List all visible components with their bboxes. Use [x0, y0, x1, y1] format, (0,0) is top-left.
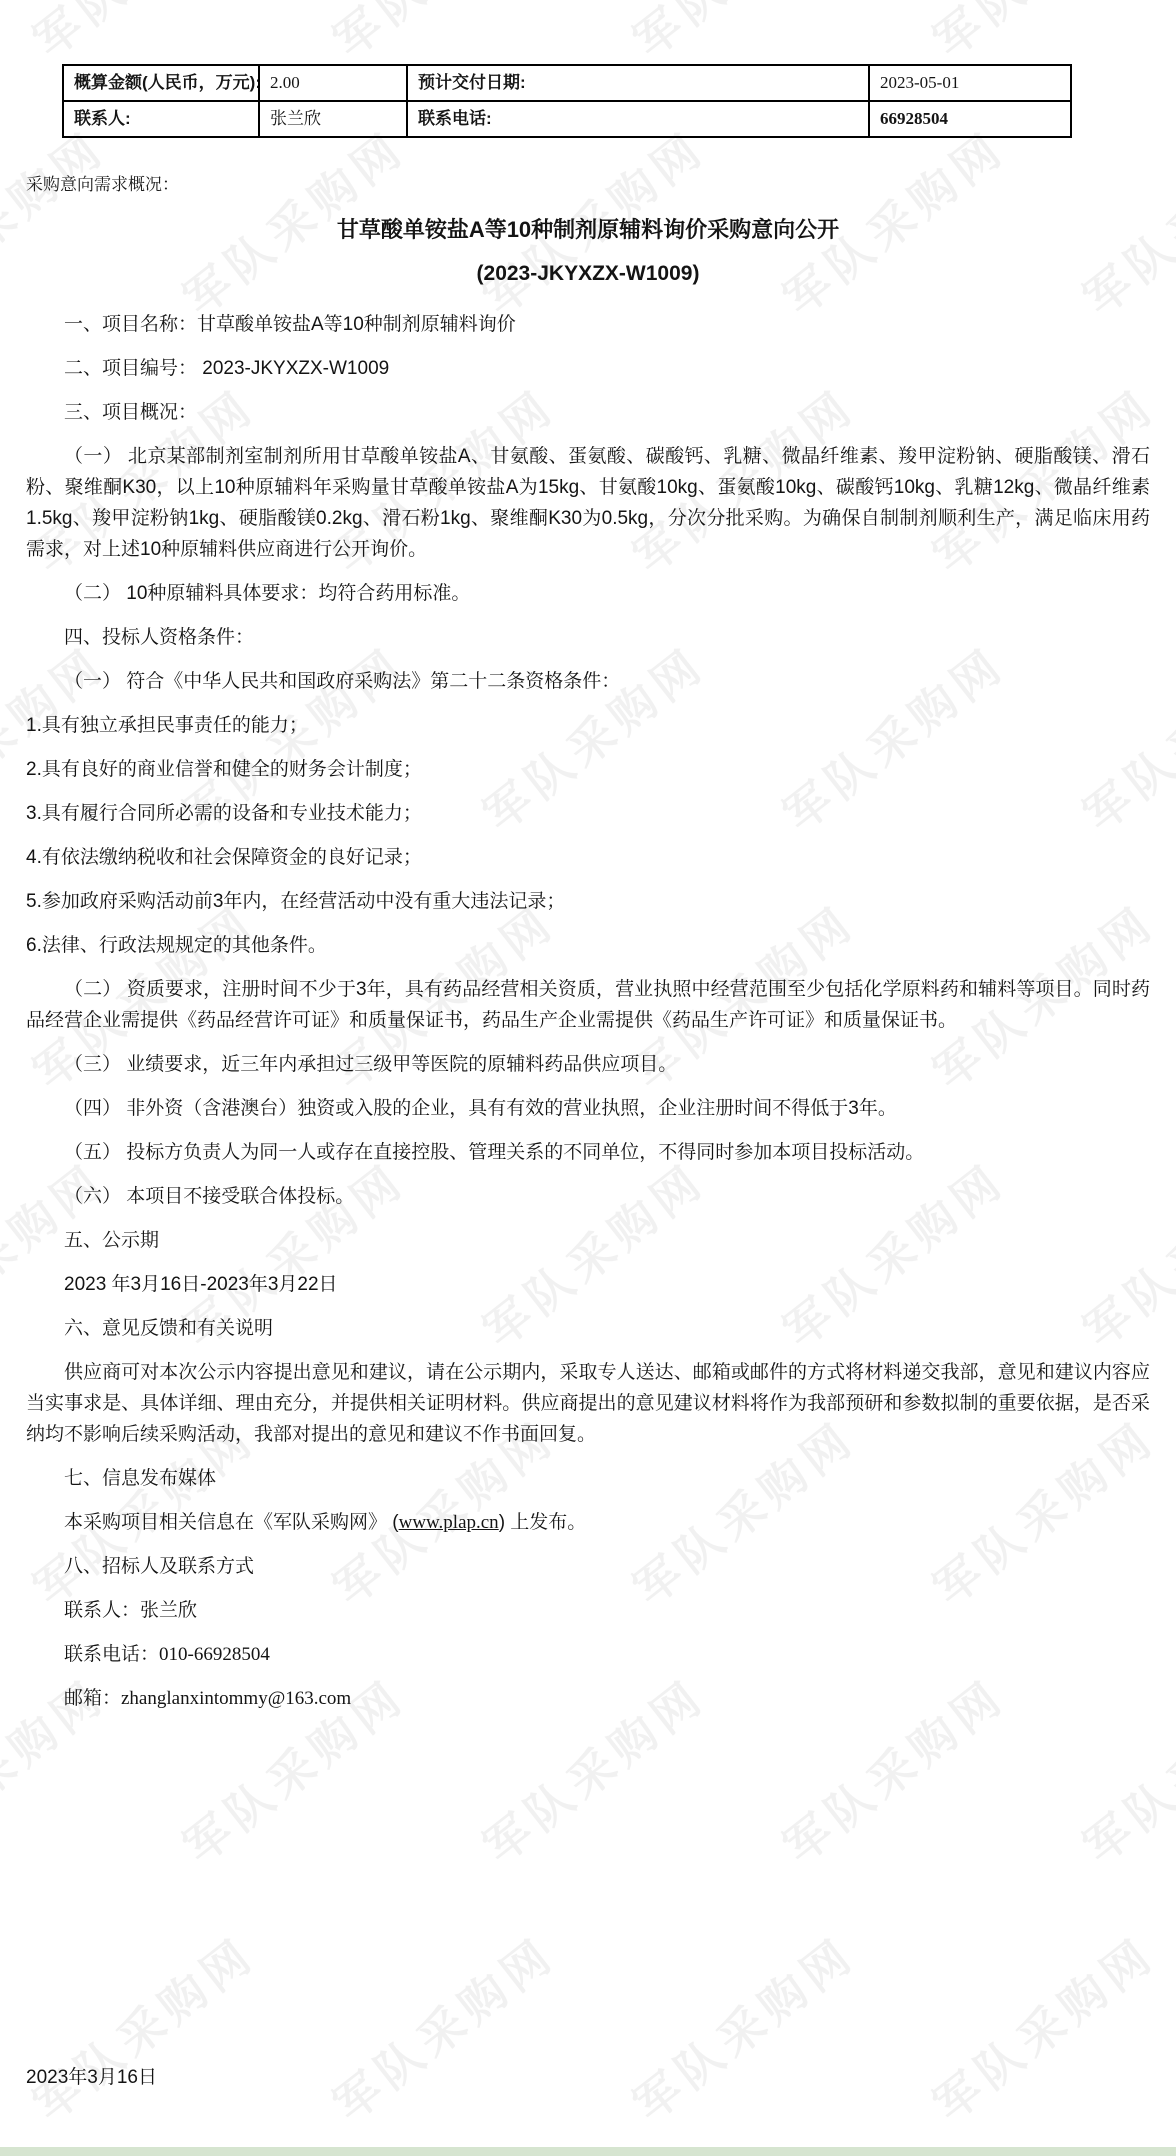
document-content: 概算金额(人民币，万元): 2.00 预计交付日期: 2023-05-01 联系… — [0, 64, 1176, 1714]
contact-phone-value: 66928504 — [869, 101, 1071, 137]
doc-title: 甘草酸单铵盐A等10种制剂原辅料询价采购意向公开 — [26, 215, 1150, 245]
publicity-period: 2023 年3月16日-2023年3月22日 — [26, 1269, 1150, 1300]
contact-name-line: 联系人：张兰欣 — [26, 1595, 1150, 1626]
watermark-text: 军队采购网 — [318, 1919, 567, 2134]
contact-phone-label: 联系电话: — [407, 101, 869, 137]
document-page: 军队采购网军队采购网军队采购网军队采购网军队采购网军队采购网军队采购网军队采购网… — [0, 0, 1176, 2156]
section-4-paragraph-2: （二） 资质要求，注册时间不少于3年，具有药品经营相关资质，营业执照中经营范围至… — [26, 974, 1150, 1036]
contact-email-line: 邮箱：zhanglanxintommy@163.com — [26, 1683, 1150, 1714]
publish-media-line: 本采购项目相关信息在《军队采购网》 (www.plap.cn) 上发布。 — [26, 1507, 1150, 1538]
section-4-heading: 四、投标人资格条件： — [26, 622, 1150, 653]
qualification-item-1: 1.具有独立承担民事责任的能力； — [26, 710, 1150, 741]
watermark-text: 军队采购网 — [918, 0, 1167, 71]
doc-number: (2023-JKYXZX-W1009) — [26, 260, 1150, 288]
section-3-heading: 三、项目概况： — [26, 397, 1150, 428]
section-7-heading: 七、信息发布媒体 — [26, 1463, 1150, 1494]
section-4-paragraph-6: （六） 本项目不接受联合体投标。 — [26, 1181, 1150, 1212]
section-2-heading: 二、项目编号： 2023-JKYXZX-W1009 — [26, 353, 1150, 384]
section-6-heading: 六、意见反馈和有关说明 — [26, 1313, 1150, 1344]
delivery-date-value: 2023-05-01 — [869, 65, 1071, 101]
contact-person-label: 联系人: — [63, 101, 259, 137]
info-table-row: 联系人: 张兰欣 联系电话: 66928504 — [63, 101, 1071, 137]
section-4-paragraph-1: （一） 符合《中华人民共和国政府采购法》第二十二条资格条件： — [26, 666, 1150, 697]
qualification-item-2: 2.具有良好的商业信誉和健全的财务会计制度； — [26, 754, 1150, 785]
qualification-item-3: 3.具有履行合同所必需的设备和专业技术能力； — [26, 798, 1150, 829]
contact-person-value: 张兰欣 — [259, 101, 407, 137]
section-4-paragraph-5: （五） 投标方负责人为同一人或存在直接控股、管理关系的不同单位，不得同时参加本项… — [26, 1137, 1150, 1168]
delivery-date-label: 预计交付日期: — [407, 65, 869, 101]
plap-website-link[interactable]: www.plap.cn — [399, 1512, 499, 1533]
qualification-item-6: 6.法律、行政法规规定的其他条件。 — [26, 930, 1150, 961]
budget-amount-label: 概算金额(人民币，万元): — [63, 65, 259, 101]
section-1-heading: 一、项目名称：甘草酸单铵盐A等10种制剂原辅料询价 — [26, 309, 1150, 340]
section-4-paragraph-4: （四） 非外资（含港澳台）独资或入股的企业，具有有效的营业执照，企业注册时间不得… — [26, 1093, 1150, 1124]
contact-phone-line: 联系电话：010-66928504 — [26, 1639, 1150, 1670]
watermark-text: 军队采购网 — [618, 0, 867, 71]
watermark-text: 军队采购网 — [18, 1919, 267, 2134]
section-5-heading: 五、公示期 — [26, 1225, 1150, 1256]
section-3-paragraph-1: （一） 北京某部制剂室制剂所用甘草酸单铵盐A、甘氨酸、蛋氨酸、碳酸钙、乳糖、微晶… — [26, 441, 1150, 565]
publish-media-suffix: ) 上发布。 — [499, 1512, 587, 1533]
page-bottom-strip — [0, 2147, 1176, 2156]
watermark-text: 军队采购网 — [918, 1919, 1167, 2134]
qualification-item-4: 4.有依法缴纳税收和社会保障资金的良好记录； — [26, 842, 1150, 873]
info-table: 概算金额(人民币，万元): 2.00 预计交付日期: 2023-05-01 联系… — [62, 64, 1072, 138]
section-6-paragraph-1: 供应商可对本次公示内容提出意见和建议，请在公示期内，采取专人送达、邮箱或邮件的方… — [26, 1357, 1150, 1450]
publish-media-prefix: 本采购项目相关信息在《军队采购网》 ( — [64, 1512, 399, 1533]
info-table-row: 概算金额(人民币，万元): 2.00 预计交付日期: 2023-05-01 — [63, 65, 1071, 101]
budget-amount-value: 2.00 — [259, 65, 407, 101]
watermark-text: 军队采购网 — [318, 0, 567, 71]
section-8-heading: 八、招标人及联系方式 — [26, 1551, 1150, 1582]
watermark-text: 军队采购网 — [618, 1919, 867, 2134]
qualification-item-5: 5.参加政府采购活动前3年内，在经营活动中没有重大违法记录； — [26, 886, 1150, 917]
publish-date: 2023年3月16日 — [26, 2062, 157, 2089]
section-4-paragraph-3: （三） 业绩要求，近三年内承担过三级甲等医院的原辅料药品供应项目。 — [26, 1049, 1150, 1080]
section-3-paragraph-2: （二） 10种原辅料具体要求：均符合药用标准。 — [26, 578, 1150, 609]
watermark-text: 军队采购网 — [18, 0, 267, 71]
overview-label: 采购意向需求概况： — [26, 170, 1150, 195]
